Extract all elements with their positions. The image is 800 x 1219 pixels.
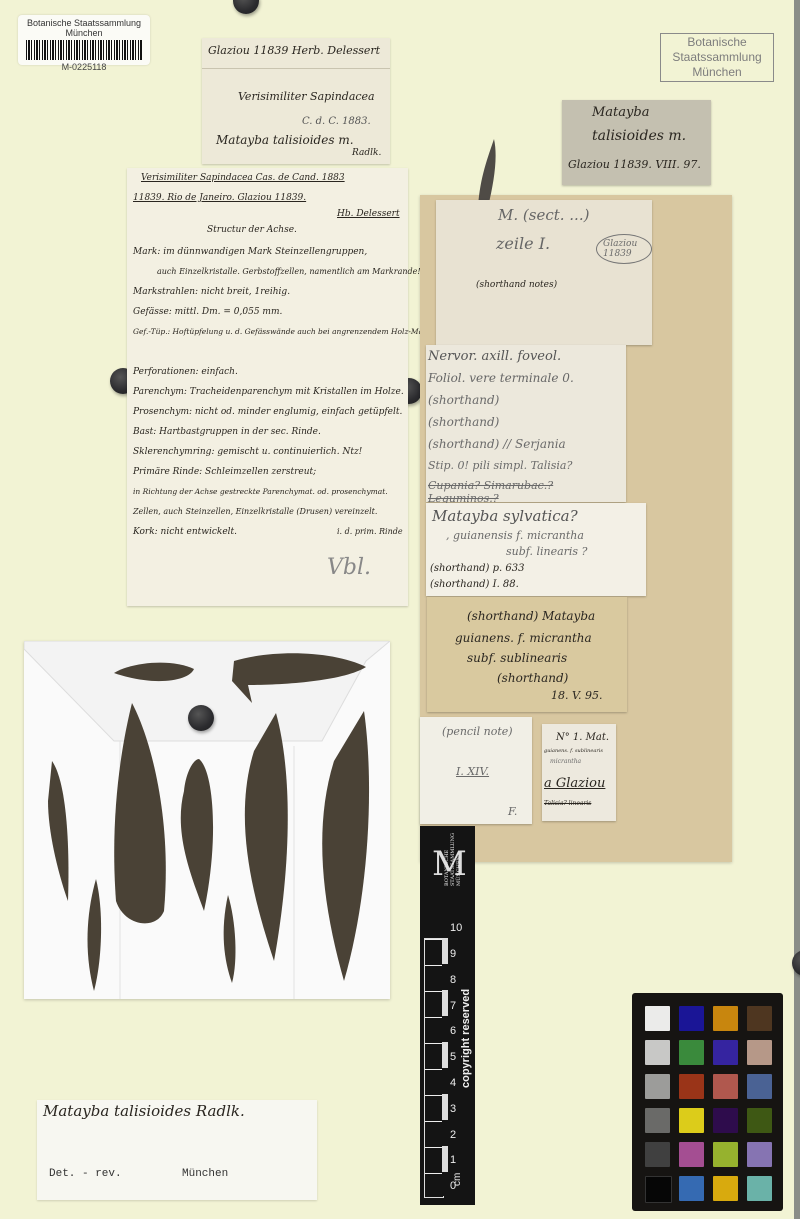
note-line: Perforationen: einfach. [133,362,238,382]
determined-name: Matayba talisioides Radlk. [43,1102,245,1120]
stamp-line: Botanische [661,35,773,50]
note-card-5: (pencil note) I. XIV. F. [420,717,532,824]
note-line: Prosenchym: nicht od. minder englumig, e… [133,402,402,422]
ruler-copyright: copyright reserved [460,989,472,1088]
ruler-tick: 2 [450,1123,462,1149]
note-card-1: M. (sect. ...) zeile I. Glaziou 11839 (s… [436,200,652,345]
specimen-packet [24,641,390,999]
swatch [679,1040,704,1065]
ruler-tick: 1 [450,1148,462,1174]
swatch [747,1108,772,1133]
ruler-scale-alt [442,938,448,1196]
note-line: Bast: Hartbastgruppen in der sec. Rinde. [133,422,321,442]
note-line: (shorthand) p. 633 [430,563,524,574]
note-line: 11839. Rio de Janeiro. Glaziou 11839. [133,188,306,208]
note-line: micrantha [550,758,581,765]
note-line: a Glaziou [544,776,605,791]
note-line: , guianensis f. micrantha [446,529,584,542]
note-line: Nervor. axill. foveol. [428,349,561,364]
note-line: Foliol. vere terminale 0. [428,371,574,385]
note-line: guianens. f. micrantha [455,631,592,645]
stamp-line: Staatssammlung [661,50,773,65]
note-line: (pencil note) [442,725,513,738]
swatch [645,1074,670,1099]
note-line: Kork: nicht entwickelt. [133,522,237,542]
note-line: (shorthand) I. 88. [430,579,519,590]
swatch [713,1074,738,1099]
ruler-tick: 3 [450,1097,462,1123]
envelope-line: Verisimiliter Sapindacea [238,90,375,103]
note-line: (shorthand) // Serjania [428,437,566,451]
note-line: I. XIV. [456,765,489,778]
swatch [713,1108,738,1133]
note-line: Hb. Delessert [337,204,400,224]
note-line: (shorthand) [428,393,499,407]
note-card-3: Matayba sylvatica? , guianensis f. micra… [426,503,646,596]
logo-line: MÜNCHEN [456,833,462,886]
note-line: auch Einzelkristalle. Gerbstoffzellen, n… [157,262,421,282]
swatch [747,1176,772,1201]
scale-ruler: 0 1 2 3 4 5 6 7 8 9 10 cm copyright rese… [420,826,475,1205]
swatch [713,1006,738,1031]
envelope-line: Radlk. [352,148,381,158]
barcode-institution: Botanische Staatssammlung München [18,18,150,38]
swatch [747,1006,772,1031]
envelope-line: C. d. C. 1883. [302,116,371,127]
background-edge [794,0,800,1219]
ruler-logo-text: BOTANISCHE STAATSSAMMLUNG MÜNCHEN [444,833,462,886]
note-line: (shorthand) Matayba [467,609,595,623]
label-line: talisioides m. [592,128,686,144]
note-line: Verisimiliter Sapindacea Cas. de Cand. 1… [141,168,345,188]
det-place: München [182,1168,228,1180]
institution-stamp: Botanische Staatssammlung München [660,33,774,82]
catalog-number: M-0225118 [18,62,150,72]
determination-label: Matayba talisioides Radlk. Det. - rev. M… [37,1100,317,1200]
leaf-specimens-icon [24,641,390,999]
label-line: Matayba [592,105,649,120]
swatch [747,1040,772,1065]
magnet-packet [188,705,214,731]
swatch [679,1108,704,1133]
note-line: Primäre Rinde: Schleimzellen zerstreut; [133,462,316,482]
swatch [713,1040,738,1065]
anatomy-note: Verisimiliter Sapindacea Cas. de Cand. 1… [127,168,408,606]
swatch [679,1142,704,1167]
ruler-tick: 10 [450,916,462,942]
note-line: subf. linearis ? [506,545,587,558]
note-line: Zellen, auch Steinzellen, Einzelkristall… [133,502,377,522]
label-line: Glaziou 11839. VIII. 97. [568,158,701,171]
note-line: Parenchym: Tracheidenparenchym mit Krist… [133,382,404,402]
note-line: in Richtung der Achse gestreckte Parench… [133,482,388,502]
note-line: Sklerenchymring: gemischt u. continuierl… [133,442,362,462]
swatch [747,1142,772,1167]
note-card-2: Nervor. axill. foveol. Foliol. vere term… [426,345,626,502]
ruler-unit: cm [452,1173,463,1186]
swatch [645,1040,670,1065]
note-line: N° 1. Mat. [556,732,609,743]
note-card-6: N° 1. Mat. guianens. f. sublinearis micr… [542,724,616,821]
note-line: subf. sublinearis [467,651,567,665]
signature: Vbl. [327,558,371,578]
note-line: Structur der Achse. [207,220,297,240]
note-line: Glaziou 11839 [596,234,652,264]
note-line: Gefässe: mittl. Dm. = 0,055 mm. [133,302,282,322]
swatch [713,1176,738,1201]
note-line: Markstrahlen: nicht breit, 1reihig. [133,282,290,302]
note-line: zeile I. [496,234,550,253]
species-label-grey: Matayba talisioides m. Glaziou 11839. VI… [562,100,711,185]
envelope-line: Matayba talisioides m. [216,133,354,147]
note-line: (shorthand) [428,415,499,429]
note-line: i. d. prim. Rinde [337,522,403,542]
ruler-scale-bar [424,938,444,1198]
ruler-tick: 9 [450,942,462,968]
note-line: Talisia? linearis [544,800,591,807]
swatch [645,1006,670,1031]
swatch [713,1142,738,1167]
swatch [747,1074,772,1099]
swatch [645,1176,672,1203]
barcode [26,40,142,60]
stamp-line: München [661,65,773,80]
note-line: Mark: im dünnwandigen Mark Steinzellengr… [133,242,367,262]
barcode-label: Botanische Staatssammlung München M-0225… [18,15,150,65]
note-line: 18. V. 95. [551,689,603,702]
note-line: guianens. f. sublinearis [544,748,603,754]
note-line: F. [508,805,517,818]
note-line: M. (sect. ...) [498,206,589,224]
note-line: Cupania? Simarubac.? Leguminos.? [428,479,626,505]
note-line: (shorthand notes) [476,280,557,290]
swatch [679,1074,704,1099]
note-line: (shorthand) [497,671,568,685]
swatch [645,1142,670,1167]
note-line: Matayba sylvatica? [432,507,578,525]
swatch [645,1108,670,1133]
color-calibration-chart [632,993,783,1211]
note-line: Stip. 0! pili simpl. Talisia? [428,459,572,472]
envelope-header: Glaziou 11839 Herb. Delessert [208,44,380,57]
swatch [679,1006,704,1031]
note-card-4: (shorthand) Matayba guianens. f. micrant… [427,597,627,712]
det-rev-label: Det. - rev. [49,1168,122,1180]
envelope-label: Glaziou 11839 Herb. Delessert Verisimili… [202,38,390,164]
swatch [679,1176,704,1201]
